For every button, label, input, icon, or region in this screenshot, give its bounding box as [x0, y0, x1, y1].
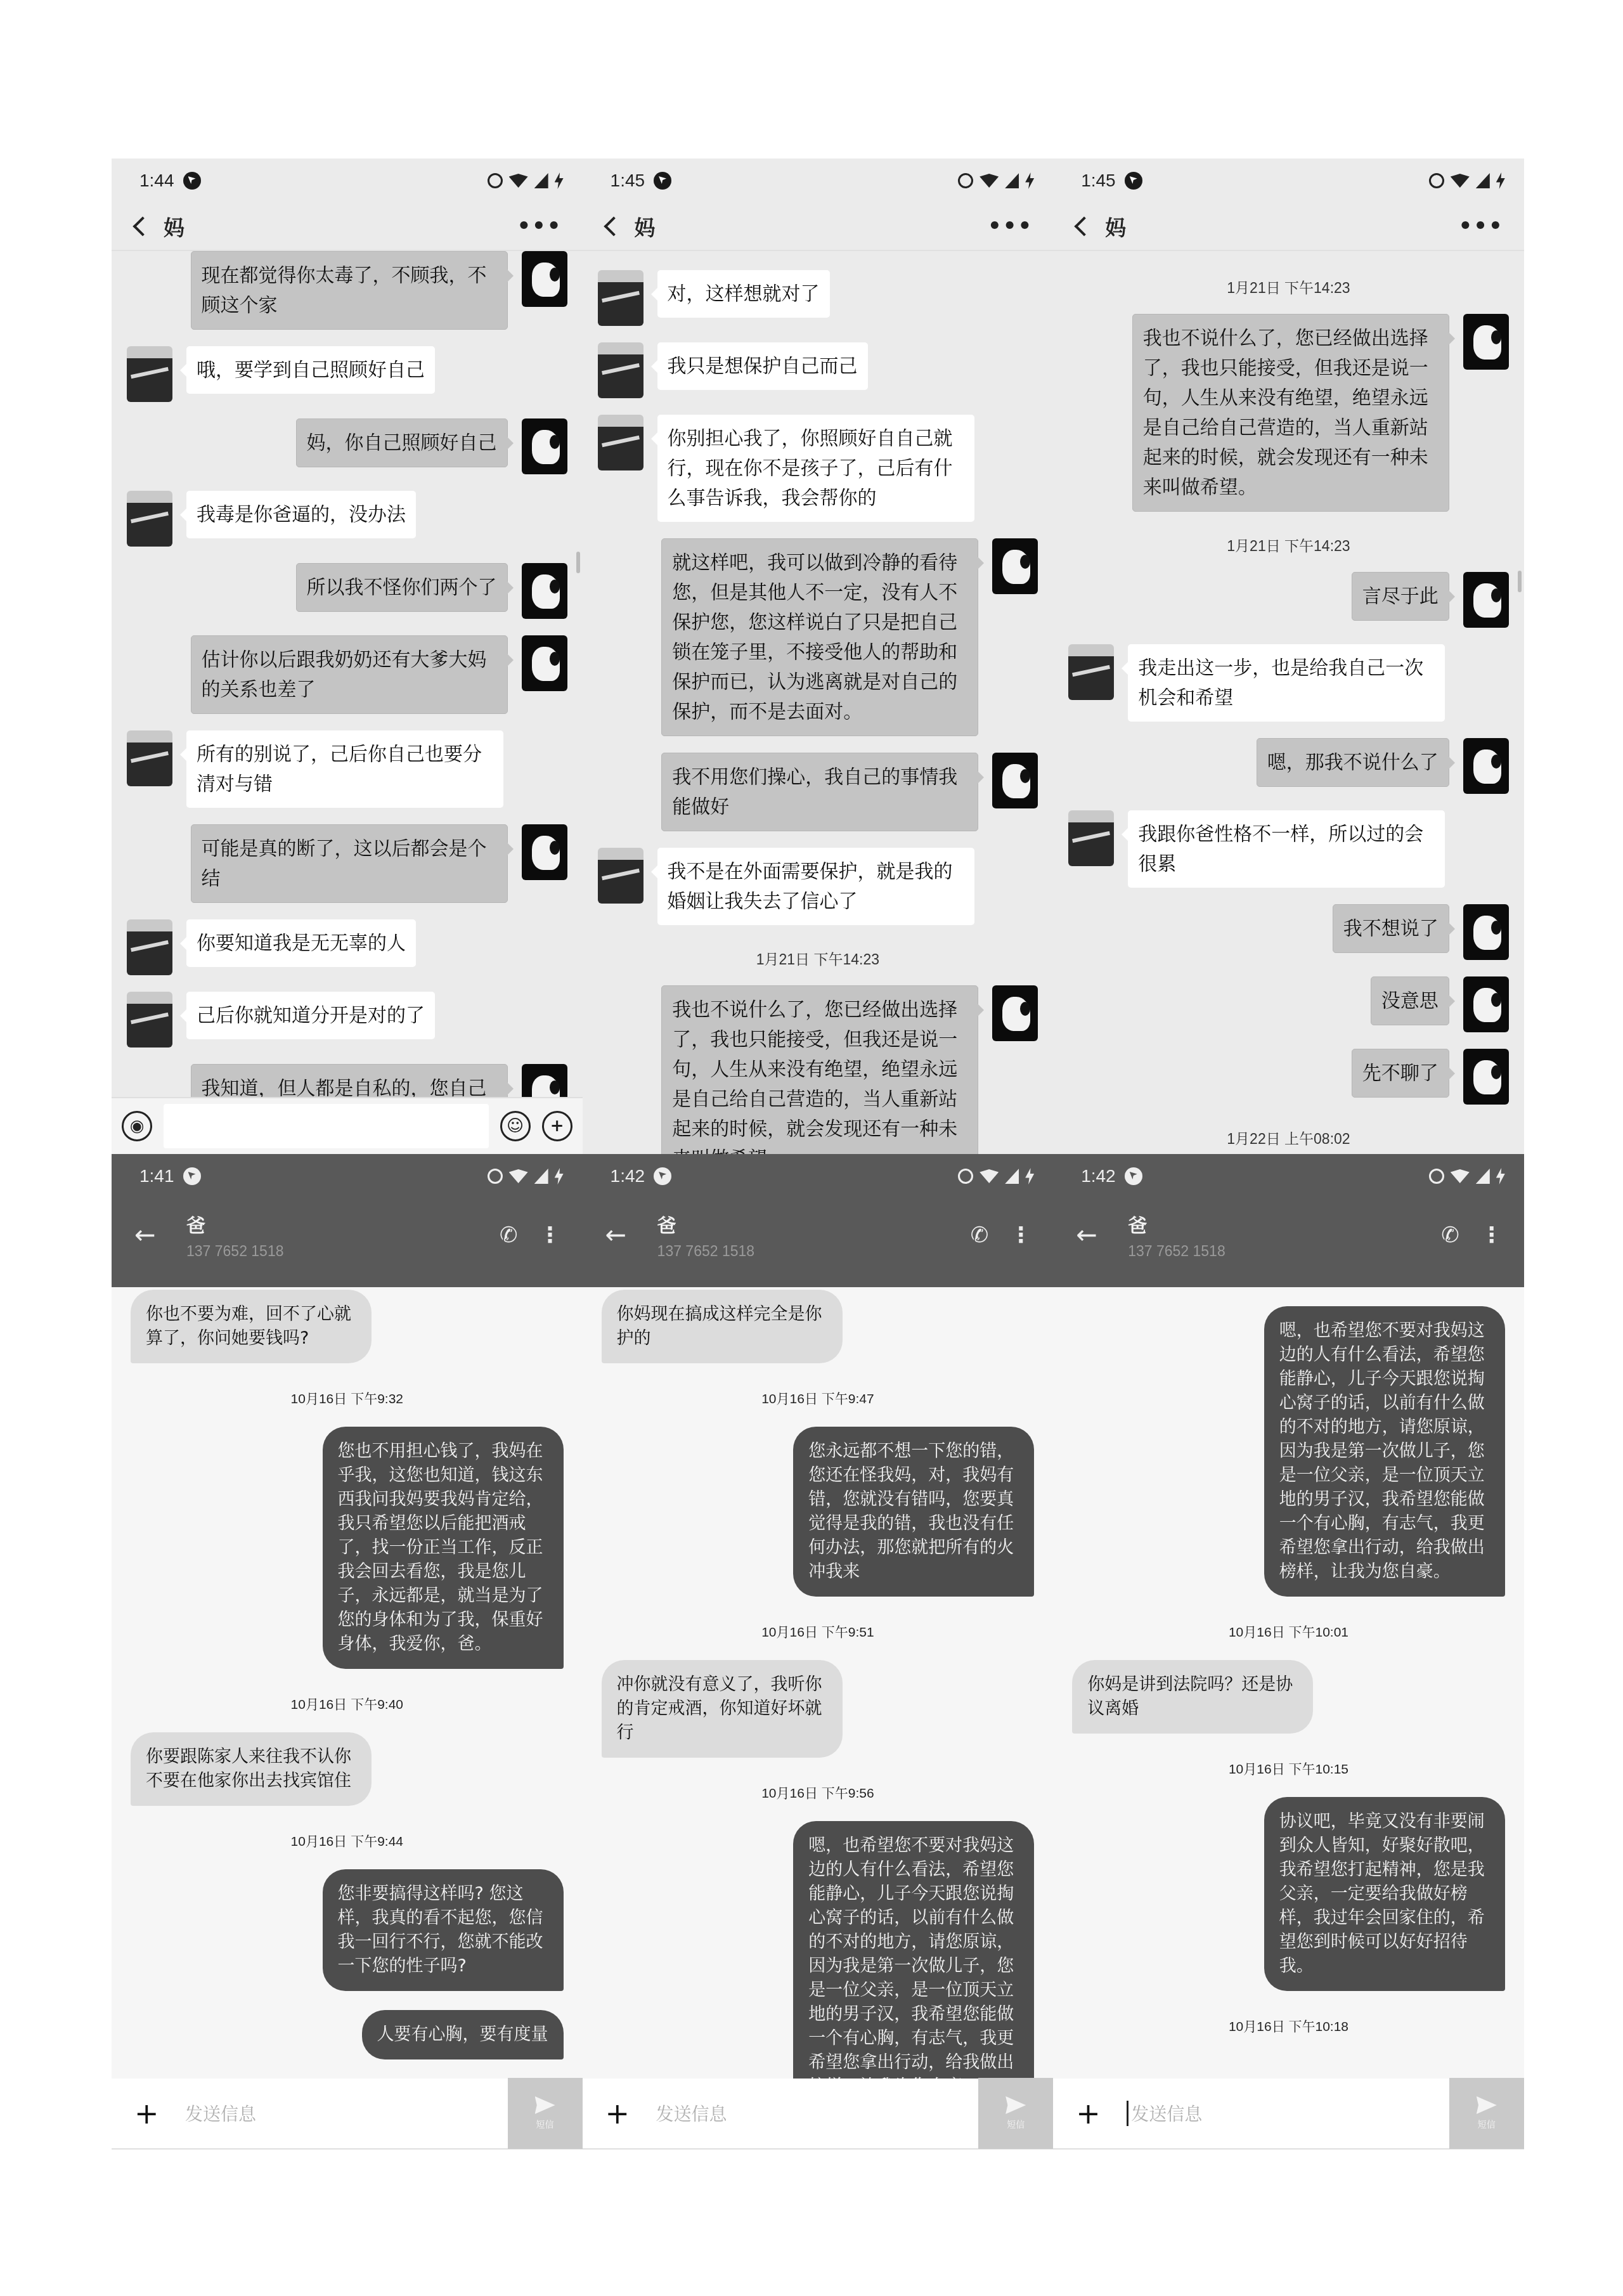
outgoing-sms: 您也不用担心钱了，我妈在乎我，这您也知道，钱这东西我问我妈要我妈肯定给，我只希望…	[131, 1427, 564, 1669]
chat-title: 妈	[635, 212, 656, 242]
emoji-icon[interactable]: ☺	[500, 1111, 531, 1141]
status-icons	[1429, 172, 1505, 189]
message-bubble[interactable]: 估计你以后跟我奶奶还有大爹大妈的关系也差了	[191, 635, 508, 714]
status-icons	[958, 1168, 1034, 1184]
my-avatar[interactable]	[1463, 738, 1509, 794]
incoming-message: 我只是想保护自己而己	[598, 342, 1038, 398]
outgoing-message: 现在都觉得你太毒了，不顾我，不顾这个家	[127, 251, 567, 330]
sms-app-bar: 1:42 ← 爸 137 7652 1518 ✆ ⋮	[583, 1154, 1054, 1287]
message-bubble[interactable]: 我也不说什么了，您已经做出选择了，我也只能接受，但我还是说一句，人生从来没有绝望…	[1132, 314, 1449, 512]
outgoing-message: 先不聊了	[1068, 1049, 1509, 1105]
sms-chat-screen: 1:41 ← 爸 137 7652 1518 ✆ ⋮ 你也不要为难，回不了	[112, 1154, 583, 2150]
signal-icon	[1476, 173, 1490, 188]
message-bubble[interactable]: 我不想说了	[1333, 904, 1449, 953]
outgoing-message: 估计你以后跟我奶奶还有大爹大妈的关系也差了	[127, 635, 567, 714]
outgoing-message: 言尽于此	[1068, 572, 1509, 628]
chat-header: 妈 •••	[583, 203, 1054, 251]
conversation-header: ← 爸 137 7652 1518 ✆ ⋮	[1053, 1198, 1524, 1260]
timestamp: 1月22日 上午08:02	[1068, 1127, 1509, 1148]
phone-call-icon[interactable]: ✆	[1441, 1223, 1459, 1248]
compose-bar: + 发送信息 短信	[112, 2079, 583, 2150]
back-chevron-icon[interactable]	[133, 216, 152, 236]
chat-title: 妈	[1105, 212, 1126, 242]
wifi-icon	[1451, 1169, 1470, 1183]
message-bubble[interactable]: 协议吧，毕竟又没有非要闹到众人皆知，好聚好散吧，我希望您打起精神，您是我父亲，一…	[1264, 1797, 1505, 1991]
incoming-sms: 冲你就没有意义了，我听你的肯定戒酒，你知道好坏就行	[602, 1660, 1035, 1758]
outgoing-message: 我也不说什么了，您已经做出选择了，我也只能接受，但我还是说一句，人生从来没有绝望…	[598, 985, 1038, 1154]
add-attachment-icon[interactable]: +	[542, 1111, 572, 1141]
incoming-message: 你别担心我了，你照顾好自自己就行，现在你不是孩子了，己后有什么事告诉我，我会帮你…	[598, 415, 1038, 522]
status-icons	[488, 1168, 564, 1184]
input-bar: ◉☺+	[112, 1097, 583, 1154]
outgoing-message: 我不用您们操心，我自己的事情我能做好	[598, 753, 1038, 831]
status-time: 1:45	[1081, 171, 1116, 191]
incoming-message: 哦，要学到自己照顾好自己	[127, 346, 567, 402]
message-bubble[interactable]: 我只是想保护自己而己	[657, 342, 868, 390]
wechat-row: 1:44 妈 ••• 现在都觉得你太毒了，不顾我，不顾这个家哦，要学到自己照顾好…	[112, 159, 1524, 1154]
wechat-chat-screen: 1:44 妈 ••• 现在都觉得你太毒了，不顾我，不顾这个家哦，要学到自己照顾好…	[112, 159, 583, 1154]
send-sms-button[interactable]: 短信	[978, 2078, 1053, 2149]
message-bubble[interactable]: 冲你就没有意义了，我听你的肯定戒酒，你知道好坏就行	[602, 1660, 843, 1758]
my-avatar[interactable]	[992, 985, 1038, 1041]
wechat-chat-screen: 1:45 妈 ••• 1月21日 下午14:23我也不说什么了，您已经做出选择了…	[1053, 159, 1524, 1154]
message-list[interactable]: 你也不要为难，回不了心就算了，你问她要钱吗?10月16日 下午9:32您也不用担…	[112, 1287, 583, 2079]
phone-call-icon[interactable]: ✆	[971, 1223, 989, 1248]
outgoing-sms: 嗯，也希望您不要对我妈这边的人有什么看法，希望您能静心，儿子今天跟您说掏心窝子的…	[602, 1821, 1035, 2079]
message-bubble[interactable]: 现在都觉得你太毒了，不顾我，不顾这个家	[191, 251, 508, 330]
signal-icon	[1005, 1169, 1019, 1184]
contact-avatar[interactable]	[1068, 810, 1114, 866]
message-input[interactable]: 发送信息	[1127, 2101, 1449, 2126]
outgoing-message: 没意思	[1068, 976, 1509, 1032]
contact-number: 137 7652 1518	[186, 1243, 284, 1260]
incoming-message: 你要知道我是无无辜的人	[127, 919, 567, 975]
app-notification-icon	[654, 1167, 671, 1185]
my-avatar[interactable]	[522, 635, 567, 691]
status-icons	[958, 172, 1034, 189]
app-notification-icon	[1125, 172, 1142, 190]
status-icons	[1429, 1168, 1505, 1184]
charging-icon	[1025, 1168, 1034, 1184]
status-bar: 1:41	[112, 1154, 583, 1198]
message-bubble[interactable]: 您非要搞得这样吗? 您这样，我真的看不起您，您信我一回行不行，您就不能改一下您的…	[323, 1869, 564, 1991]
contact-name: 爸	[657, 1210, 755, 1238]
signal-icon	[534, 1169, 548, 1184]
contact-avatar[interactable]	[598, 342, 643, 398]
timestamp: 10月16日 下午9:56	[602, 1783, 1035, 1802]
contact-avatar[interactable]	[127, 730, 172, 786]
message-list[interactable]: 嗯，也希望您不要对我妈这边的人有什么看法，希望您能静心，儿子今天跟您说掏心窝子的…	[1053, 1287, 1524, 2079]
status-time: 1:42	[611, 1166, 645, 1186]
conversation-header: ← 爸 137 7652 1518 ✆ ⋮	[583, 1198, 1054, 1260]
screenshot-collage: 1:44 妈 ••• 现在都觉得你太毒了，不顾我，不顾这个家哦，要学到自己照顾好…	[112, 159, 1524, 2150]
outgoing-message: 所以我不怪你们两个了	[127, 563, 567, 619]
signal-icon	[1005, 173, 1019, 188]
timestamp: 10月16日 下午9:51	[602, 1622, 1035, 1641]
status-bar: 1:45	[583, 159, 1054, 203]
message-input[interactable]	[164, 1104, 489, 1148]
my-avatar[interactable]	[522, 251, 567, 307]
timestamp: 1月21日 下午14:23	[598, 948, 1038, 969]
my-avatar[interactable]	[1463, 904, 1509, 960]
message-bubble[interactable]: 可能是真的断了，这以后都会是个结	[191, 824, 508, 903]
alarm-icon	[1429, 1169, 1444, 1184]
contact-number: 137 7652 1518	[657, 1243, 755, 1260]
message-bubble[interactable]: 嗯，也希望您不要对我妈这边的人有什么看法，希望您能静心，儿子今天跟您说掏心窝子的…	[1264, 1306, 1505, 1597]
message-bubble[interactable]: 我也不说什么了，您已经做出选择了，我也只能接受，但我还是说一句，人生从来没有绝望…	[661, 985, 978, 1154]
my-avatar[interactable]	[522, 1064, 567, 1100]
sms-chat-screen: 1:42 ← 爸 137 7652 1518 ✆ ⋮ 你妈现在搞成这样完全	[583, 1154, 1054, 2150]
incoming-message: 对，这样想就对了	[598, 270, 1038, 326]
alarm-icon	[958, 1169, 973, 1184]
overflow-menu-icon[interactable]: ⋮	[1010, 1223, 1031, 1248]
send-icon	[535, 2096, 555, 2114]
incoming-message: 我毒是你爸逼的，没办法	[127, 491, 567, 547]
alarm-icon	[1429, 173, 1444, 188]
contact-avatar[interactable]	[598, 848, 643, 904]
my-avatar[interactable]	[1463, 314, 1509, 370]
chat-header: 妈 •••	[1053, 203, 1524, 251]
charging-icon	[1496, 1168, 1505, 1184]
alarm-icon	[488, 173, 503, 188]
message-bubble[interactable]: 你要跟陈家人来往我不认你不要在他家你出去找宾馆住	[131, 1732, 372, 1806]
message-bubble[interactable]: 嗯，也希望您不要对我妈这边的人有什么看法，希望您能静心，儿子今天跟您说掏心窝子的…	[793, 1821, 1034, 2079]
my-avatar[interactable]	[1463, 1049, 1509, 1105]
wifi-icon	[1451, 174, 1470, 188]
timestamp: 10月16日 下午10:01	[1072, 1622, 1505, 1641]
message-list[interactable]: 对，这样想就对了我只是想保护自己而己你别担心我了，你照顾好自自己就行，现在你不是…	[583, 254, 1054, 1154]
message-bubble[interactable]: 您也不用担心钱了，我妈在乎我，这您也知道，钱这东西我问我妈要我妈肯定给，我只希望…	[323, 1427, 564, 1669]
timestamp: 10月16日 下午9:44	[131, 1831, 564, 1850]
signal-icon	[1476, 1169, 1490, 1184]
wifi-icon	[980, 1169, 999, 1183]
back-chevron-icon[interactable]	[1075, 216, 1094, 236]
alarm-icon	[488, 1169, 503, 1184]
timestamp: 1月21日 下午14:23	[1068, 276, 1509, 297]
send-label: 短信	[536, 2118, 554, 2131]
conversation-header: ← 爸 137 7652 1518 ✆ ⋮	[112, 1198, 583, 1260]
voice-input-icon[interactable]: ◉	[122, 1111, 152, 1141]
attach-plus-icon[interactable]: +	[134, 2096, 172, 2131]
my-avatar[interactable]	[522, 824, 567, 880]
contact-avatar[interactable]	[127, 919, 172, 975]
more-options-icon[interactable]: •••	[1459, 214, 1504, 239]
contact-name: 爸	[186, 1210, 284, 1238]
incoming-message: 我不是在外面需要保护，就是我的婚姻让我失去了信心了	[598, 848, 1038, 925]
app-notification-icon	[1125, 1167, 1142, 1185]
message-bubble[interactable]: 你也不要为难，回不了心就算了，你问她要钱吗?	[131, 1290, 372, 1363]
more-options-icon[interactable]: •••	[988, 214, 1033, 239]
message-list[interactable]: 现在都觉得你太毒了，不顾我，不顾这个家哦，要学到自己照顾好自己妈，你自己照顾好自…	[112, 235, 583, 1100]
message-bubble[interactable]: 人要有心胸，要有度量	[362, 2010, 564, 2059]
sms-chat-screen: 1:42 ← 爸 137 7652 1518 ✆ ⋮ 嗯，也希望您不要对我	[1053, 1154, 1524, 2150]
message-list[interactable]: 1月21日 下午14:23我也不说什么了，您已经做出选择了，我也只能接受，但我还…	[1053, 254, 1524, 1154]
scrollbar-thumb[interactable]	[1518, 571, 1522, 592]
my-avatar[interactable]	[1463, 976, 1509, 1032]
contact-avatar[interactable]	[127, 346, 172, 402]
timestamp: 1月21日 下午14:23	[1068, 535, 1509, 555]
message-bubble[interactable]: 你妈是讲到法院吗？还是协议离婚	[1072, 1660, 1313, 1734]
back-arrow-icon[interactable]: ←	[1076, 1221, 1114, 1250]
incoming-sms: 你也不要为难，回不了心就算了，你问她要钱吗?	[131, 1290, 564, 1363]
wechat-chat-screen: 1:45 妈 ••• 对，这样想就对了我只是想保护自己而己你别担心我了，你照顾好…	[583, 159, 1054, 1154]
send-label: 短信	[1478, 2118, 1496, 2131]
timestamp: 10月16日 下午9:40	[131, 1694, 564, 1713]
back-arrow-icon[interactable]: ←	[134, 1221, 172, 1250]
my-avatar[interactable]	[992, 753, 1038, 808]
status-time: 1:41	[139, 1166, 174, 1186]
charging-icon	[555, 172, 564, 189]
incoming-message: 己后你就知道分开是对的了	[127, 992, 567, 1047]
app-notification-icon	[183, 172, 201, 190]
timestamp: 10月16日 下午9:47	[602, 1389, 1035, 1408]
message-bubble[interactable]: 哦，要学到自己照顾好自己	[186, 346, 435, 394]
message-bubble[interactable]: 所以我不怪你们两个了	[296, 563, 508, 612]
outgoing-message: 就这样吧，我可以做到冷静的看待您，但是其他人不一定，没有人不保护您，您这样说白了…	[598, 538, 1038, 736]
outgoing-message: 我不想说了	[1068, 904, 1509, 960]
charging-icon	[1496, 172, 1505, 189]
message-list[interactable]: 你妈现在搞成这样完全是你护的10月16日 下午9:47您永远都不想一下您的错，您…	[583, 1287, 1054, 2079]
contact-avatar[interactable]	[127, 992, 172, 1047]
overflow-menu-icon[interactable]: ⋮	[540, 1223, 561, 1248]
outgoing-message: 我也不说什么了，您已经做出选择了，我也只能接受，但我还是说一句，人生从来没有绝望…	[1068, 314, 1509, 512]
back-arrow-icon[interactable]: ←	[605, 1221, 643, 1250]
sms-row: 1:41 ← 爸 137 7652 1518 ✆ ⋮ 你也不要为难，回不了	[112, 1154, 1524, 2150]
my-avatar[interactable]	[522, 418, 567, 474]
compose-bar: + 发送信息 短信	[583, 2079, 1054, 2150]
send-sms-button[interactable]: 短信	[1449, 2078, 1524, 2149]
contact-avatar[interactable]	[598, 415, 643, 470]
outgoing-message: 嗯，那我不说什么了	[1068, 738, 1509, 794]
status-time: 1:45	[611, 171, 645, 191]
incoming-message: 我走出这一步，也是给我自己一次机会和希望	[1068, 644, 1509, 722]
status-icons	[488, 172, 564, 189]
contact-info: 爸 137 7652 1518	[1128, 1210, 1225, 1260]
status-bar: 1:45	[1053, 159, 1524, 203]
contact-info: 爸 137 7652 1518	[657, 1210, 755, 1260]
incoming-message: 所有的别说了，己后你自己也要分清对与错	[127, 730, 567, 808]
wifi-icon	[509, 1169, 528, 1183]
my-avatar[interactable]	[522, 563, 567, 619]
my-avatar[interactable]	[1463, 572, 1509, 628]
contact-avatar[interactable]	[127, 491, 172, 547]
outgoing-sms: 协议吧，毕竟又没有非要闹到众人皆知，好聚好散吧，我希望您打起精神，您是我父亲，一…	[1072, 1797, 1505, 1991]
overflow-menu-icon[interactable]: ⋮	[1481, 1223, 1503, 1248]
message-bubble[interactable]: 没意思	[1371, 976, 1449, 1025]
outgoing-message: 可能是真的断了，这以后都会是个结	[127, 824, 567, 903]
timestamp: 10月16日 下午10:15	[1072, 1759, 1505, 1778]
send-sms-button[interactable]: 短信	[508, 2078, 583, 2149]
message-bubble[interactable]: 我跟你爸性格不一样，所以过的会很累	[1128, 810, 1445, 888]
my-avatar[interactable]	[992, 538, 1038, 594]
incoming-sms: 你妈现在搞成这样完全是你护的	[602, 1290, 1035, 1363]
signal-icon	[534, 173, 548, 188]
message-bubble[interactable]: 你要知道我是无无辜的人	[186, 919, 416, 967]
timestamp: 10月16日 下午9:32	[131, 1389, 564, 1408]
status-bar: 1:42	[1053, 1154, 1524, 1198]
attach-plus-icon[interactable]: +	[605, 2096, 643, 2131]
wifi-icon	[509, 174, 528, 188]
status-time: 1:44	[139, 171, 174, 191]
contact-info: 爸 137 7652 1518	[186, 1210, 284, 1260]
alarm-icon	[958, 173, 973, 188]
send-label: 短信	[1007, 2118, 1025, 2131]
message-bubble[interactable]: 我毒是你爸逼的，没办法	[186, 491, 416, 538]
message-bubble[interactable]: 所有的别说了，己后你自己也要分清对与错	[186, 730, 503, 808]
status-bar: 1:44	[112, 159, 583, 203]
timestamp: 10月16日 下午10:18	[1072, 2016, 1505, 2035]
sms-app-bar: 1:41 ← 爸 137 7652 1518 ✆ ⋮	[112, 1154, 583, 1287]
incoming-sms: 你妈是讲到法院吗？还是协议离婚	[1072, 1660, 1505, 1734]
message-input[interactable]: 发送信息	[656, 2101, 979, 2126]
contact-avatar[interactable]	[1068, 644, 1114, 700]
message-bubble[interactable]: 对，这样想就对了	[657, 270, 830, 318]
incoming-message: 我跟你爸性格不一样，所以过的会很累	[1068, 810, 1509, 888]
message-bubble[interactable]: 我走出这一步，也是给我自己一次机会和希望	[1128, 644, 1445, 722]
wifi-icon	[980, 174, 999, 188]
message-bubble[interactable]: 我知道，但人都是自私的，您自己考虑好自己的得与失。反正我这边不用操心	[191, 1064, 508, 1100]
message-bubble[interactable]: 您永远都不想一下您的错，您还在怪我妈，对，我妈有错，您就没有错吗，您要真觉得是我…	[793, 1427, 1034, 1597]
message-bubble[interactable]: 就这样吧，我可以做到冷静的看待您，但是其他人不一定，没有人不保护您，您这样说白了…	[661, 538, 978, 736]
message-bubble[interactable]: 我不是在外面需要保护，就是我的婚姻让我失去了信心了	[657, 848, 974, 925]
charging-icon	[1025, 172, 1034, 189]
message-bubble[interactable]: 你别担心我了，你照顾好自自己就行，现在你不是孩子了，己后有什么事告诉我，我会帮你…	[657, 415, 974, 522]
message-input[interactable]: 发送信息	[185, 2101, 508, 2126]
outgoing-message: 我知道，但人都是自私的，您自己考虑好自己的得与失。反正我这边不用操心	[127, 1064, 567, 1100]
contact-number: 137 7652 1518	[1128, 1243, 1225, 1260]
message-bubble[interactable]: 言尽于此	[1352, 572, 1449, 621]
message-bubble[interactable]: 妈，你自己照顾好自己	[296, 418, 508, 467]
app-notification-icon	[183, 1167, 201, 1185]
status-bar: 1:42	[583, 1154, 1054, 1198]
message-bubble[interactable]: 你妈现在搞成这样完全是你护的	[602, 1290, 843, 1363]
send-icon	[1005, 2096, 1026, 2114]
sms-app-bar: 1:42 ← 爸 137 7652 1518 ✆ ⋮	[1053, 1154, 1524, 1287]
attach-plus-icon[interactable]: +	[1076, 2096, 1114, 2131]
contact-avatar[interactable]	[598, 270, 643, 326]
message-bubble[interactable]: 嗯，那我不说什么了	[1257, 738, 1449, 787]
outgoing-message: 妈，你自己照顾好自己	[127, 418, 567, 474]
outgoing-sms: 您永远都不想一下您的错，您还在怪我妈，对，我妈有错，您就没有错吗，您要真觉得是我…	[602, 1427, 1035, 1597]
app-notification-icon	[654, 172, 671, 190]
message-bubble[interactable]: 先不聊了	[1352, 1049, 1449, 1098]
outgoing-sms: 您非要搞得这样吗? 您这样，我真的看不起您，您信我一回行不行，您就不能改一下您的…	[131, 1869, 564, 1991]
scrollbar-thumb[interactable]	[576, 552, 580, 573]
compose-bar: + 发送信息 短信	[1053, 2079, 1524, 2150]
message-bubble[interactable]: 我不用您们操心，我自己的事情我能做好	[661, 753, 978, 831]
charging-icon	[555, 1168, 564, 1184]
send-icon	[1477, 2096, 1497, 2114]
contact-name: 爸	[1128, 1210, 1225, 1238]
back-chevron-icon[interactable]	[604, 216, 623, 236]
incoming-sms: 你要跟陈家人来往我不认你不要在他家你出去找宾馆住	[131, 1732, 564, 1806]
status-time: 1:42	[1081, 1166, 1116, 1186]
message-bubble[interactable]: 己后你就知道分开是对的了	[186, 992, 435, 1039]
outgoing-sms: 嗯，也希望您不要对我妈这边的人有什么看法，希望您能静心，儿子今天跟您说掏心窝子的…	[1072, 1306, 1505, 1597]
phone-call-icon[interactable]: ✆	[500, 1223, 518, 1248]
outgoing-sms: 人要有心胸，要有度量	[131, 2010, 564, 2059]
